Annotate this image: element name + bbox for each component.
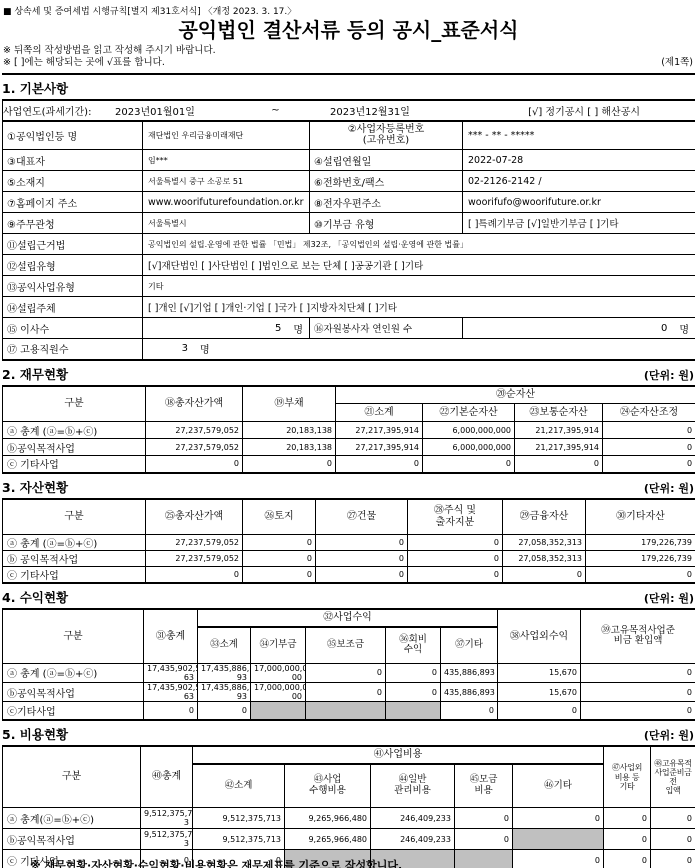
table-row: ⓐ 총계 (ⓐ=ⓑ+ⓒ)27,237,579,05220,183,13827,2… bbox=[3, 422, 696, 439]
unit-note: (단위: 원) bbox=[644, 727, 694, 743]
org-type-label: ⑫설립유형 bbox=[3, 255, 143, 276]
col-header: ㉚기타자산 bbox=[586, 499, 696, 535]
legal-reference: ■ 상속세 및 증여세법 시행규칙[별지 제31호서식] 〈개정 2023. 3… bbox=[2, 0, 695, 18]
amount-cell: 246,409,233 bbox=[371, 829, 455, 850]
amount-cell: 6,000,000,000 bbox=[423, 422, 515, 439]
business-type-value: 기타 bbox=[143, 276, 696, 297]
amount-cell: 0 bbox=[603, 439, 696, 456]
amount-cell: 0 bbox=[198, 702, 251, 720]
col-header: ㊱회비 수익 bbox=[386, 627, 441, 663]
section-title: 2. 재무현황 bbox=[2, 365, 68, 383]
table-row: ⓐ 총계 (ⓐ=ⓑ+ⓒ)27,237,579,05200027,058,352,… bbox=[3, 535, 696, 551]
amount-cell: 0 bbox=[581, 702, 695, 720]
bizno-label: ②사업자등록번호 (고유번호) bbox=[310, 121, 463, 150]
amount-cell: 15,670 bbox=[498, 683, 581, 702]
revenue-table: 구분 ㉛총계 ㉜사업수익 ㊳사업외수익 ㊴고유목적사업준 비금 환입액 ㉝소계 … bbox=[2, 608, 695, 721]
amount-cell: 27,237,579,052 bbox=[146, 535, 243, 551]
period-tilde: ~ bbox=[258, 105, 293, 116]
amount-cell: 0 bbox=[243, 567, 316, 584]
volunteers-value: 0 bbox=[463, 323, 667, 334]
col-header: ㉓보통순자산 bbox=[515, 404, 603, 422]
row-label: ⓑ 공익목적사업 bbox=[3, 551, 146, 567]
amount-cell: 27,058,352,313 bbox=[503, 535, 586, 551]
amount-cell: 0 bbox=[316, 551, 408, 567]
amount-cell: 0 bbox=[316, 567, 408, 584]
table-row: ⑪설립근거법 공익법인의 설립.운영에 관한 법률 「민법」 제32조, 「공익… bbox=[3, 234, 696, 255]
employees-value: 3 bbox=[143, 343, 188, 354]
col-group-header: ㊶사업비용 bbox=[193, 746, 604, 764]
amount-cell: 9,265,966,480 bbox=[285, 808, 371, 829]
directors-value: 5 bbox=[143, 323, 281, 334]
section-title: 4. 수익현황 bbox=[2, 588, 68, 606]
ceo-label: ③대표자 bbox=[3, 150, 143, 171]
amount-cell: 6,000,000,000 bbox=[423, 439, 515, 456]
col-header: ㊽고유목적 사업준비금전 입액 bbox=[651, 746, 695, 808]
amount-cell: 0 bbox=[503, 567, 586, 584]
volunteers-label: ⑯자원봉사자 연인원 수 bbox=[310, 318, 463, 339]
table-row: ⓐ 총계 (ⓐ=ⓑ+ⓒ)17,435,902,5 6317,435,886,8 … bbox=[3, 663, 696, 682]
col-header: ⑱총자산가액 bbox=[146, 386, 243, 422]
business-type-label: ⑬공익사업유형 bbox=[3, 276, 143, 297]
row-label: ⓐ 총계 (ⓐ=ⓑ+ⓒ) bbox=[3, 663, 144, 682]
org-name-value: 재단법인 우리금융미래재단 bbox=[143, 121, 310, 150]
disclosure-type-checkboxes: [√] 정기공시 [ ] 해산공시 bbox=[528, 103, 640, 118]
table-row: ⑫설립유형 [√]재단법인 [ ]사단법인 [ ]법인으로 보는 단체 [ ]공… bbox=[3, 255, 696, 276]
org-name-label: ①공익법인등 명 bbox=[3, 121, 143, 150]
email-label: ⑧전자우편주소 bbox=[310, 192, 463, 213]
founding-law-label: ⑪설립근거법 bbox=[3, 234, 143, 255]
table-row: ⓒ기타사업00000 bbox=[3, 702, 696, 720]
finance-table: 구분 ⑱총자산가액 ⑲부채 ⑳순자산 ㉑소계 ㉒기본순자산 ㉓보통순자산 ㉔순자… bbox=[2, 385, 695, 474]
amount-cell: 0 bbox=[408, 567, 503, 584]
col-header: ⑲부채 bbox=[243, 386, 336, 422]
directors-count: 5명 bbox=[143, 321, 309, 336]
amount-cell: 0 bbox=[441, 702, 498, 720]
org-type-checkboxes: [√]재단법인 [ ]사단법인 [ ]법인으로 보는 단체 [ ]공공기관 [ … bbox=[143, 255, 696, 276]
unit-note: (단위: 원) bbox=[644, 480, 694, 496]
col-header: ㊷소계 bbox=[193, 764, 285, 808]
row-label: ⓐ 총계 (ⓐ=ⓑ+ⓒ) bbox=[3, 422, 146, 439]
donation-type-checkboxes: [ ]특례기부금 [√]일반기부금 [ ]기타 bbox=[463, 213, 696, 234]
amount-cell: 179,226,739 bbox=[586, 551, 696, 567]
email-value: woorifufo@woorifuture.or.kr bbox=[463, 192, 696, 213]
clipped-footnote: ※ 재무현황·자산현황·수익현황·비용현황은 재무제표를 기준으로 작성합니다. bbox=[30, 857, 402, 868]
amount-cell: 9,512,375,713 bbox=[193, 808, 285, 829]
col-header: ㉙금융자산 bbox=[503, 499, 586, 535]
col-header: ㊸사업 수행비용 bbox=[285, 764, 371, 808]
established-value: 2022-07-28 bbox=[463, 150, 696, 171]
table-row: ⑬공익사업유형 기타 bbox=[3, 276, 696, 297]
amount-cell: 0 bbox=[146, 567, 243, 584]
website-value: www.woorifuturefoundation.or.kr bbox=[143, 192, 310, 213]
blocked-cell bbox=[306, 702, 386, 720]
amount-cell: 0 bbox=[306, 663, 386, 682]
row-label: ⓒ 기타사업 bbox=[3, 456, 146, 473]
col-header: ㉗건물 bbox=[316, 499, 408, 535]
table-row: ⓐ 총계(ⓐ=ⓑ+ⓒ)9,512,375,71 39,512,375,7139,… bbox=[3, 808, 696, 829]
amount-cell: 0 bbox=[604, 850, 651, 868]
volunteers-count: 0명 bbox=[463, 321, 695, 336]
col-header: ㉛총계 bbox=[144, 609, 198, 663]
amount-cell: 9,265,966,480 bbox=[285, 829, 371, 850]
amount-cell: 0 bbox=[408, 535, 503, 551]
authority-value: 서울특별시 bbox=[143, 213, 310, 234]
address-value: 서울특별시 중구 소공로 51 bbox=[143, 171, 310, 192]
unit-label: 명 bbox=[200, 341, 210, 356]
unit-note: (단위: 원) bbox=[644, 367, 694, 383]
amount-cell: 20,183,138 bbox=[243, 439, 336, 456]
directors-label: ⑮ 이사수 bbox=[3, 318, 143, 339]
col-header: ㊴고유목적사업준 비금 환입액 bbox=[581, 609, 695, 663]
amount-cell: 0 bbox=[423, 456, 515, 473]
amount-cell: 9,512,375,71 3 bbox=[141, 829, 193, 850]
table-row: ⓑ공익목적사업9,512,375,71 39,512,375,7139,265,… bbox=[3, 829, 696, 850]
unit-label: 명 bbox=[679, 321, 689, 336]
form-page: ■ 상속세 및 증여세법 시행규칙[별지 제31호서식] 〈개정 2023. 3… bbox=[2, 0, 695, 868]
col-header: ㉖토지 bbox=[243, 499, 316, 535]
table-row: ③대표자 임*** ④설립연월일 2022-07-28 bbox=[3, 150, 696, 171]
amount-cell: 21,217,395,914 bbox=[515, 422, 603, 439]
col-header-gubun: 구분 bbox=[3, 386, 146, 422]
founder-label: ⑭설립주체 bbox=[3, 297, 143, 318]
amount-cell: 0 bbox=[243, 456, 336, 473]
amount-cell: 17,435,902,5 63 bbox=[144, 663, 198, 682]
section-title: 3. 자산현황 bbox=[2, 478, 68, 496]
row-label: ⓐ 총계(ⓐ=ⓑ+ⓒ) bbox=[3, 808, 141, 829]
expense-table: 구분 ㊵총계 ㊶사업비용 ㊼사업외 비용 등 기타 ㊽고유목적 사업준비금전 입… bbox=[2, 745, 695, 868]
website-label: ⑦홈페이지 주소 bbox=[3, 192, 143, 213]
amount-cell: 20,183,138 bbox=[243, 422, 336, 439]
col-header: ㉕총자산가액 bbox=[146, 499, 243, 535]
section-revenue-heading: 4. 수익현황 (단위: 원) bbox=[2, 584, 695, 608]
unit-note: (단위: 원) bbox=[644, 590, 694, 606]
col-header: ㉞기부금 bbox=[251, 627, 306, 663]
table-row: ⓒ 기타사업000000 bbox=[3, 456, 696, 473]
amount-cell: 0 bbox=[651, 808, 695, 829]
header-row: 구분 ㉕총자산가액 ㉖토지 ㉗건물 ㉘주식 및 출자지분 ㉙금융자산 ㉚기타자산 bbox=[3, 499, 696, 535]
col-header: ㊹일반 관리비용 bbox=[371, 764, 455, 808]
business-year-label: 사업연도(과세기간): bbox=[3, 103, 115, 118]
table-row: 사업연도(과세기간): 2023년01월01일 ~ 2023년12월31일 [√… bbox=[3, 100, 696, 121]
blocked-cell bbox=[386, 702, 441, 720]
amount-cell: 435,886,893 bbox=[441, 683, 498, 702]
table-row: ①공익법인등 명 재단법인 우리금융미래재단 ②사업자등록번호 (고유번호) *… bbox=[3, 121, 696, 150]
section-title: 5. 비용현황 bbox=[2, 725, 68, 743]
section-finance-heading: 2. 재무현황 (단위: 원) bbox=[2, 361, 695, 385]
header-row: 구분 ㉛총계 ㉜사업수익 ㊳사업외수익 ㊴고유목적사업준 비금 환입액 bbox=[3, 609, 696, 627]
amount-cell: 0 bbox=[603, 456, 696, 473]
col-header-gubun: 구분 bbox=[3, 609, 144, 663]
assets-table: 구분 ㉕총자산가액 ㉖토지 ㉗건물 ㉘주식 및 출자지분 ㉙금융자산 ㉚기타자산… bbox=[2, 498, 695, 585]
amount-cell: 0 bbox=[603, 422, 696, 439]
amount-cell: 27,058,352,313 bbox=[503, 551, 586, 567]
amount-cell: 0 bbox=[144, 702, 198, 720]
col-header-gubun: 구분 bbox=[3, 746, 141, 808]
row-label: ⓒ 기타사업 bbox=[3, 567, 146, 584]
amount-cell: 0 bbox=[386, 663, 441, 682]
phone-label: ⑥전화번호/팩스 bbox=[310, 171, 463, 192]
blocked-cell bbox=[513, 829, 604, 850]
table-row: ⑨주무관청 서울특별시 ⑩기부금 유형 [ ]특례기부금 [√]일반기부금 [ … bbox=[3, 213, 696, 234]
col-header-gubun: 구분 bbox=[3, 499, 146, 535]
amount-cell: 15,670 bbox=[498, 663, 581, 682]
amount-cell: 17,435,902,5 63 bbox=[144, 683, 198, 702]
period-end: 2023년12월31일 bbox=[293, 103, 480, 118]
section-title: 1. 기본사항 bbox=[2, 79, 68, 97]
table-row: ⓑ공익목적사업27,237,579,05220,183,13827,217,39… bbox=[3, 439, 696, 456]
amount-cell: 0 bbox=[408, 551, 503, 567]
col-header: ㊼사업외 비용 등 기타 bbox=[604, 746, 651, 808]
amount-cell: 179,226,739 bbox=[586, 535, 696, 551]
amount-cell: 0 bbox=[455, 829, 513, 850]
employees-label: ⑰ 고용직원수 bbox=[3, 339, 143, 360]
amount-cell: 27,237,579,052 bbox=[146, 551, 243, 567]
note-instructions: ※ 뒤쪽의 작성방법을 읽고 작성해 주시기 바랍니다. bbox=[2, 45, 695, 57]
col-header: ㊺모금 비용 bbox=[455, 764, 513, 808]
amount-cell: 0 bbox=[243, 535, 316, 551]
amount-cell: 0 bbox=[513, 808, 604, 829]
col-header: ㉘주식 및 출자지분 bbox=[408, 499, 503, 535]
amount-cell: 0 bbox=[243, 551, 316, 567]
authority-label: ⑨주무관청 bbox=[3, 213, 143, 234]
section-assets-heading: 3. 자산현황 (단위: 원) bbox=[2, 474, 695, 498]
amount-cell: 27,217,395,914 bbox=[336, 439, 423, 456]
amount-cell: 17,435,886,8 93 bbox=[198, 683, 251, 702]
amount-cell: 0 bbox=[306, 683, 386, 702]
established-label: ④설립연월일 bbox=[310, 150, 463, 171]
table-row: ⓒ 기타사업000000 bbox=[3, 567, 696, 584]
table-row: ⑦홈페이지 주소 www.woorifuturefoundation.or.kr… bbox=[3, 192, 696, 213]
col-header: ㉑소계 bbox=[336, 404, 423, 422]
amount-cell: 0 bbox=[513, 850, 604, 868]
amount-cell: 0 bbox=[604, 829, 651, 850]
phone-value: 02-2126-2142 / bbox=[463, 171, 696, 192]
amount-cell: 0 bbox=[515, 456, 603, 473]
col-header: ㊲기타 bbox=[441, 627, 498, 663]
row-label: ⓑ공익목적사업 bbox=[3, 439, 146, 456]
amount-cell: 0 bbox=[586, 567, 696, 584]
col-header: ㉒기본순자산 bbox=[423, 404, 515, 422]
table-row: ⑮ 이사수 5명 ⑯자원봉사자 연인원 수 0명 bbox=[3, 318, 696, 339]
amount-cell: 0 bbox=[146, 456, 243, 473]
col-header: ㊳사업외수익 bbox=[498, 609, 581, 663]
col-group-header: ⑳순자산 bbox=[336, 386, 696, 404]
amount-cell: 9,512,375,71 3 bbox=[141, 808, 193, 829]
row-label: ⓑ공익목적사업 bbox=[3, 829, 141, 850]
col-header: ㉝소계 bbox=[198, 627, 251, 663]
col-header: ㊵총계 bbox=[141, 746, 193, 808]
form-title: 공익법인 결산서류 등의 공시_표준서식 bbox=[2, 18, 695, 45]
row-label: ⓒ기타사업 bbox=[3, 702, 144, 720]
amount-cell: 0 bbox=[604, 808, 651, 829]
col-header: ㉔순자산조정 bbox=[603, 404, 696, 422]
bizno-value: *** - ** - ***** bbox=[463, 121, 696, 150]
note-checkmark: ※ [ ]에는 해당되는 곳에 √표를 합니다. bbox=[2, 57, 695, 69]
amount-cell: 9,512,375,713 bbox=[193, 829, 285, 850]
basic-info-table: 사업연도(과세기간): 2023년01월01일 ~ 2023년12월31일 [√… bbox=[2, 99, 695, 361]
amount-cell: 0 bbox=[386, 683, 441, 702]
table-row: ⑰ 고용직원수 3명 bbox=[3, 339, 696, 360]
header-row: 구분 ㊵총계 ㊶사업비용 ㊼사업외 비용 등 기타 ㊽고유목적 사업준비금전 입… bbox=[3, 746, 696, 764]
period-start: 2023년01월01일 bbox=[115, 103, 258, 118]
table-row: ⑭설립주체 [ ]개인 [√]기업 [ ]개인·기업 [ ]국가 [ ]지방자치… bbox=[3, 297, 696, 318]
address-label: ⑤소재지 bbox=[3, 171, 143, 192]
row-label: ⓑ공익목적사업 bbox=[3, 683, 144, 702]
amount-cell: 435,886,893 bbox=[441, 663, 498, 682]
table-row: ⑤소재지 서울특별시 중구 소공로 51 ⑥전화번호/팩스 02-2126-21… bbox=[3, 171, 696, 192]
amount-cell: 27,237,579,052 bbox=[146, 439, 243, 456]
section-expense-heading: 5. 비용현황 (단위: 원) bbox=[2, 721, 695, 745]
blocked-cell bbox=[251, 702, 306, 720]
amount-cell: 17,000,000,0 00 bbox=[251, 683, 306, 702]
amount-cell: 17,000,000,0 00 bbox=[251, 663, 306, 682]
col-header: ㊻기타 bbox=[513, 764, 604, 808]
amount-cell: 246,409,233 bbox=[371, 808, 455, 829]
amount-cell: 0 bbox=[455, 808, 513, 829]
header-row: 구분 ⑱총자산가액 ⑲부채 ⑳순자산 bbox=[3, 386, 696, 404]
amount-cell: 0 bbox=[581, 663, 695, 682]
amount-cell: 21,217,395,914 bbox=[515, 439, 603, 456]
business-year-row: 사업연도(과세기간): 2023년01월01일 ~ 2023년12월31일 [√… bbox=[3, 103, 695, 118]
col-header: ㉟보조금 bbox=[306, 627, 386, 663]
amount-cell: 0 bbox=[581, 683, 695, 702]
amount-cell: 27,237,579,052 bbox=[146, 422, 243, 439]
founder-checkboxes: [ ]개인 [√]기업 [ ]개인·기업 [ ]국가 [ ]지방자치단체 [ ]… bbox=[143, 297, 696, 318]
amount-cell: 27,217,395,914 bbox=[336, 422, 423, 439]
donation-type-label: ⑩기부금 유형 bbox=[310, 213, 463, 234]
amount-cell: 0 bbox=[336, 456, 423, 473]
section-basic-heading: 1. 기본사항 bbox=[2, 75, 695, 99]
ceo-value: 임*** bbox=[143, 150, 310, 171]
row-label: ⓐ 총계 (ⓐ=ⓑ+ⓒ) bbox=[3, 535, 146, 551]
page-number: (제1쪽) bbox=[661, 54, 693, 68]
amount-cell: 0 bbox=[651, 850, 695, 868]
blocked-cell bbox=[455, 850, 513, 868]
employees-count: 3명 bbox=[143, 341, 353, 356]
table-row: ⓑ 공익목적사업27,237,579,05200027,058,352,3131… bbox=[3, 551, 696, 567]
amount-cell: 0 bbox=[651, 829, 695, 850]
founding-law-value: 공익법인의 설립.운영에 관한 법률 「민법」 제32조, 「공익법인의 설립·… bbox=[143, 234, 696, 255]
unit-label: 명 bbox=[293, 321, 303, 336]
amount-cell: 17,435,886,8 93 bbox=[198, 663, 251, 682]
col-group-header: ㉜사업수익 bbox=[198, 609, 498, 627]
amount-cell: 0 bbox=[316, 535, 408, 551]
amount-cell: 0 bbox=[498, 702, 581, 720]
table-row: ⓑ공익목적사업17,435,902,5 6317,435,886,8 9317,… bbox=[3, 683, 696, 702]
